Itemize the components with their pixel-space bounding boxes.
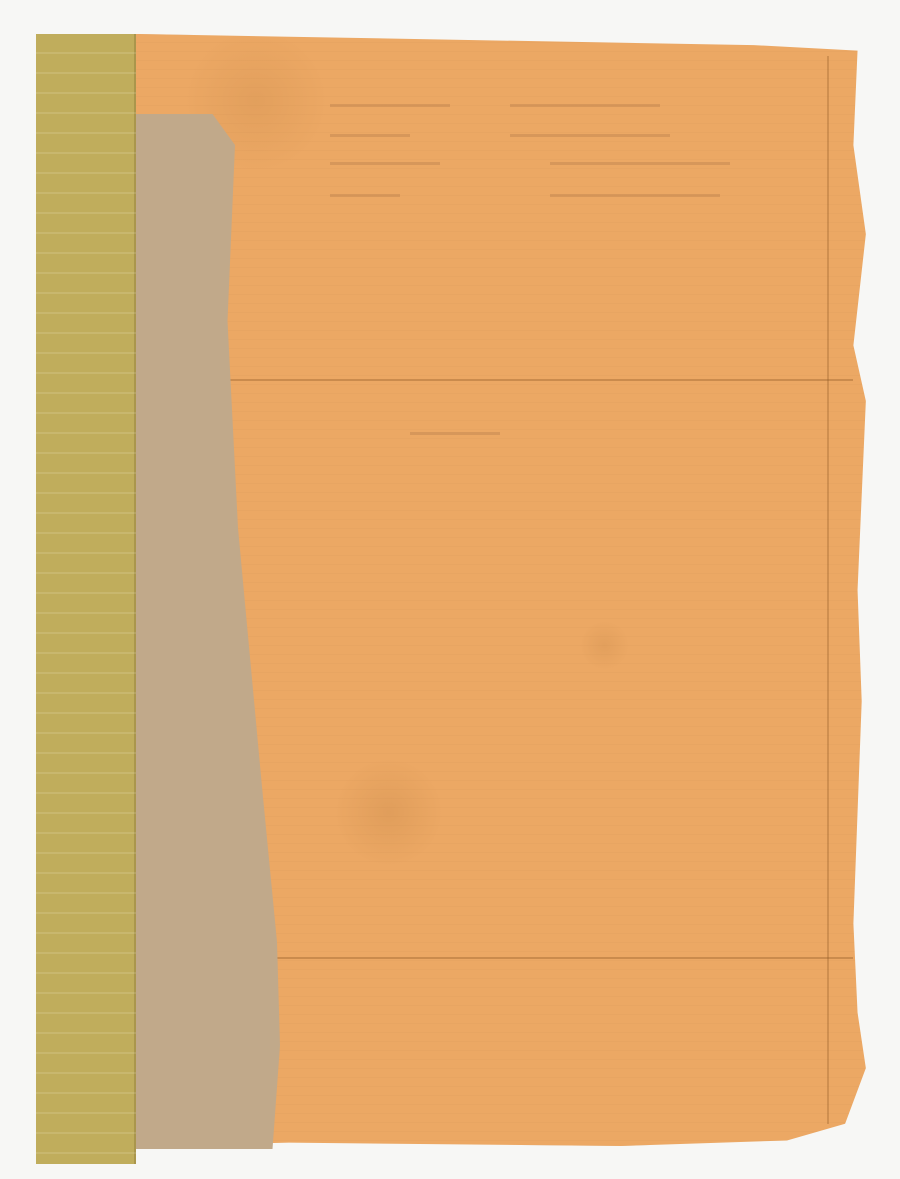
faded-print: [510, 134, 670, 137]
faded-print: [510, 104, 660, 107]
faded-print: [330, 104, 450, 107]
packing-tape-strip: [36, 34, 136, 1164]
vertical-fold-line: [827, 56, 829, 1124]
faded-print: [330, 134, 410, 137]
faded-print: [330, 162, 440, 165]
faded-print: [330, 194, 400, 197]
cardboard-piece: [40, 34, 870, 1146]
faded-print: [550, 162, 730, 165]
faded-print: [410, 432, 500, 435]
faded-print: [550, 194, 720, 197]
